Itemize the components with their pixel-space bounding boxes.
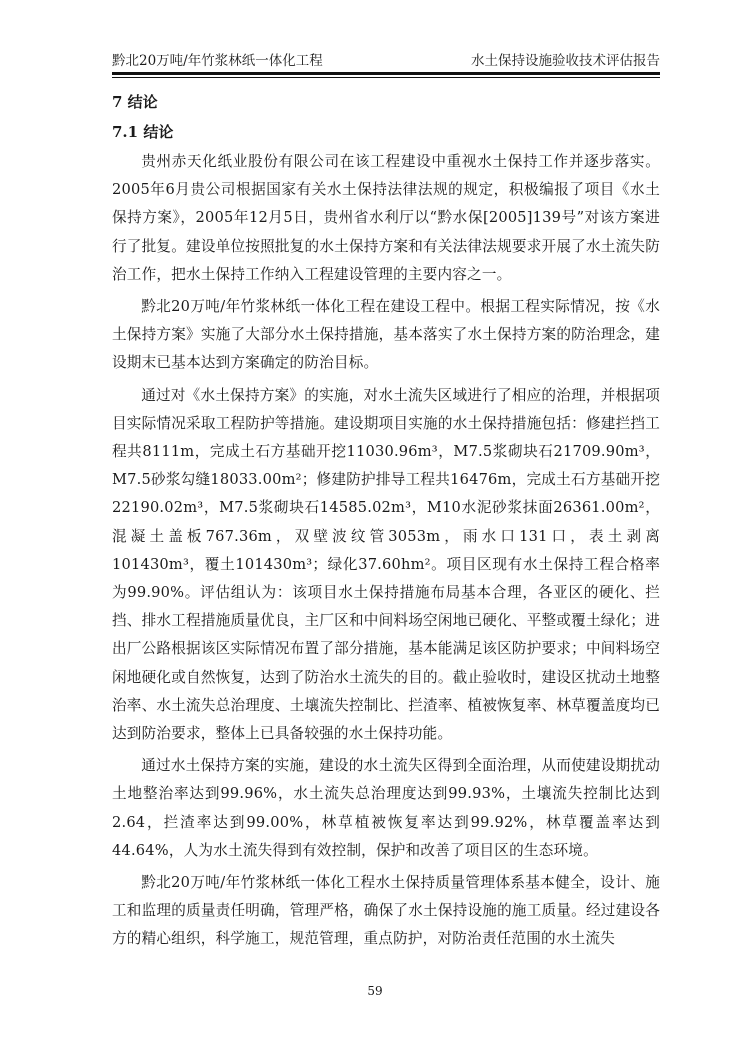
paragraph: 通过对《水土保持方案》的实施，对水土流失区域进行了相应的治理，并根据项目实际情况… xyxy=(112,382,660,749)
subsection-heading: 7.1 结论 xyxy=(112,122,173,142)
section-heading: 7 结论 xyxy=(112,92,158,112)
paragraph: 黔北20万吨/年竹浆林纸一体化工程在建设工程中。根据工程实际情况，按《水土保持方… xyxy=(112,293,660,378)
page-header: 黔北20万吨/年竹浆林纸一体化工程 水土保持设施验收技术评估报告 xyxy=(112,52,660,70)
header-rule-thick xyxy=(112,72,660,75)
header-report-title: 水土保持设施验收技术评估报告 xyxy=(471,52,660,70)
paragraph: 通过水土保持方案的实施，建设的水土流失区得到全面治理，从而使建设期扰动土地整治率… xyxy=(112,752,660,865)
header-rule-thin xyxy=(112,77,660,78)
paragraph: 贵州赤天化纸业股份有限公司在该工程建设中重视水土保持工作并逐步落实。2005年6… xyxy=(112,148,660,289)
body-text: 贵州赤天化纸业股份有限公司在该工程建设中重视水土保持工作并逐步落实。2005年6… xyxy=(112,148,660,958)
header-project-title: 黔北20万吨/年竹浆林纸一体化工程 xyxy=(112,52,323,70)
page-number: 59 xyxy=(0,984,750,998)
paragraph: 黔北20万吨/年竹浆林纸一体化工程水土保持质量管理体系基本健全，设计、施工和监理… xyxy=(112,869,660,954)
